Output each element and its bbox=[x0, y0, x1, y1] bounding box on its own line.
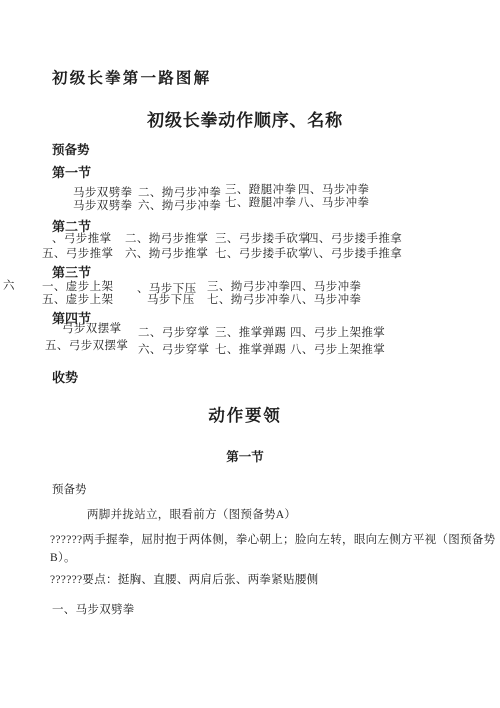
toc-item: 五、虚步上架 bbox=[42, 291, 113, 307]
toc-item: 七、拗弓步冲拳 bbox=[207, 291, 290, 307]
toc-item: 五、弓步双摆掌 bbox=[45, 337, 128, 353]
toc-row: 五、弓步推掌 六、拗弓步推掌 七、弓步搂手砍掌 八、弓步搂手推拿 bbox=[40, 245, 480, 258]
document-page: 六 初级长拳第一路图解 初级长拳动作顺序、名称 预备势 第一节 马步双劈拳 二、… bbox=[0, 0, 500, 708]
move-heading: 一、马步双劈拳 bbox=[52, 601, 135, 617]
toc-item: 四、弓步上架推掌 bbox=[290, 324, 385, 340]
toc-item: 七、蹬腿冲拳 bbox=[225, 194, 296, 210]
key-points-paragraph: ??????要点：挺胸、直腰、两肩后张、两拳紧贴腰侧 bbox=[50, 571, 318, 587]
toc-row: 弓步双摆掌 二、弓步穿掌 三、推掌弹踢 四、弓步上架推掌 bbox=[40, 322, 480, 335]
toc-heading: 初级长拳动作顺序、名称 bbox=[0, 106, 490, 131]
prep-description: 两脚并拢站立，眼看前方（图预备势A） bbox=[87, 506, 296, 522]
toc-item: 八、马步冲拳 bbox=[298, 194, 369, 210]
toc-item: 、弓步推掌 bbox=[52, 230, 112, 246]
toc-row: 五、弓步双摆掌 六、弓步穿掌 七、推掌弹踢 八、弓步上架推掌 bbox=[40, 339, 480, 352]
toc-item: 马步双劈拳 bbox=[73, 197, 133, 213]
toc-item: 八、马步冲拳 bbox=[290, 291, 361, 307]
toc-item: 二、拗弓步推掌 bbox=[125, 230, 208, 246]
toc-item: 三、推掌弹踢 bbox=[215, 324, 286, 340]
prep-paragraph: ??????两手握拳，屈肘抱于两体侧，拳心朝上；脸向左转，眼向左侧方平视（图预备… bbox=[50, 531, 495, 547]
closing-label: 收势 bbox=[52, 367, 78, 386]
toc-row: 五、虚步上架 马步下压 七、拗弓步冲拳 八、马步冲拳 bbox=[40, 291, 480, 304]
toc-item: 六、拗弓步推掌 bbox=[125, 245, 208, 261]
essentials-section-heading: 第一节 bbox=[0, 447, 490, 465]
essentials-heading: 动作要领 bbox=[0, 402, 490, 426]
toc-item: 七、推掌弹踢 bbox=[215, 341, 286, 357]
toc-item: 五、弓步推掌 bbox=[42, 245, 113, 261]
toc-item: 八、弓步搂手推拿 bbox=[307, 245, 402, 261]
toc-item: 六、弓步穿掌 bbox=[138, 341, 209, 357]
toc-item: 二、弓步穿掌 bbox=[138, 324, 209, 340]
essentials-prep-label: 预备势 bbox=[52, 481, 87, 497]
toc-row: 、弓步推掌 二、拗弓步推掌 三、弓步搂手砍掌 四、弓步搂手推拿 bbox=[40, 230, 480, 243]
toc-item: 三、弓步搂手砍掌 bbox=[215, 230, 310, 246]
margin-note: 六 bbox=[3, 277, 15, 293]
toc-row: 马步双劈拳 六、拗弓步冲拳 七、蹬腿冲拳 八、马步冲拳 bbox=[40, 197, 480, 210]
toc-row: 一、虚步上架 、马步下压 三、拗弓步冲拳 四、马步冲拳 bbox=[40, 278, 480, 291]
toc-item: 四、弓步搂手推拿 bbox=[307, 230, 402, 246]
toc-item: 八、弓步上架推掌 bbox=[290, 341, 385, 357]
doc-title: 初级长拳第一路图解 bbox=[52, 66, 211, 88]
prep-paragraph-continuation: B）。 bbox=[50, 549, 76, 565]
toc-item: 马步下压 bbox=[147, 291, 195, 307]
prep-label: 预备势 bbox=[52, 140, 90, 158]
toc-item: 弓步双摆掌 bbox=[62, 320, 122, 336]
toc-item: 七、弓步搂手砍掌 bbox=[215, 245, 310, 261]
section-title: 第一节 bbox=[52, 162, 91, 181]
toc-item: 六、拗弓步冲拳 bbox=[138, 197, 221, 213]
